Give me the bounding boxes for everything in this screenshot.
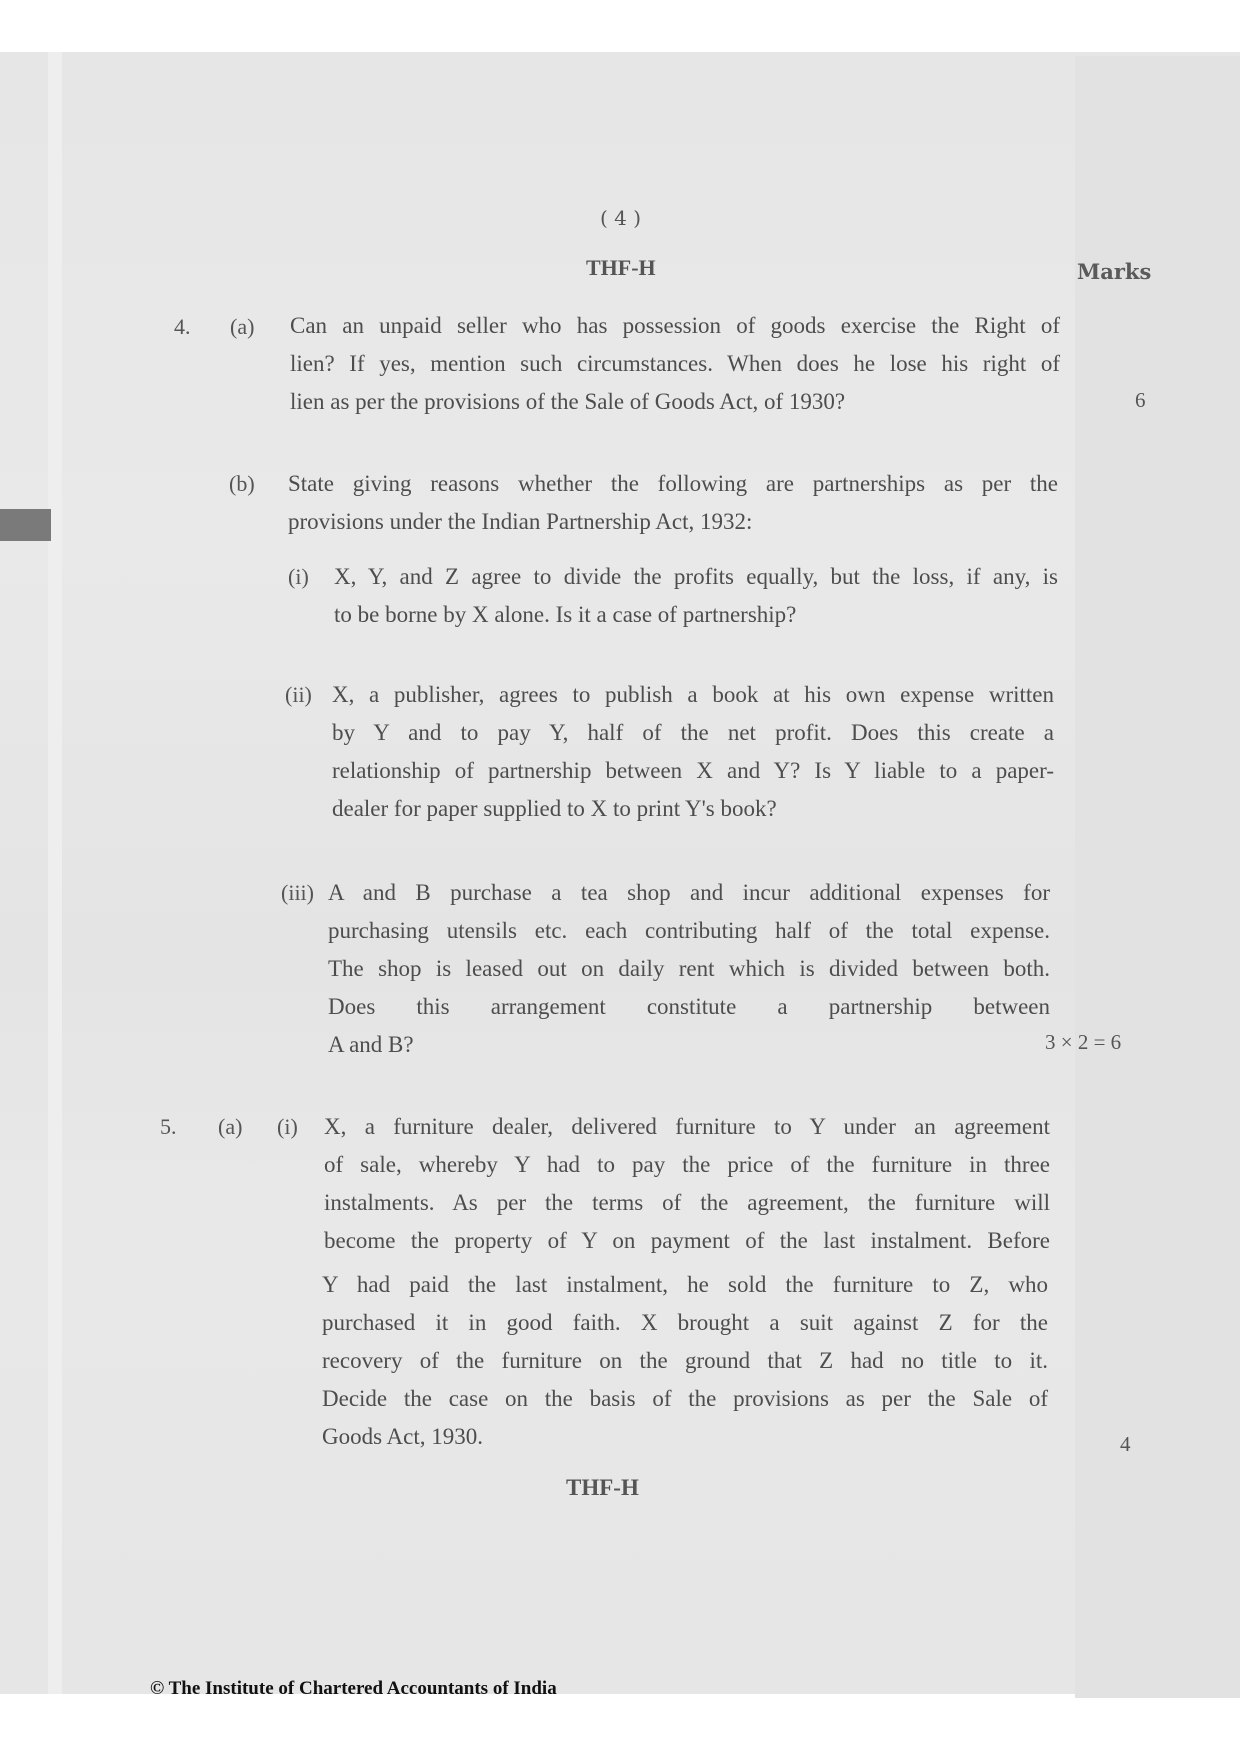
paper-code-header: THF-H (586, 255, 656, 281)
question-5a-i-line: of sale, whereby Y had to pay the price … (324, 1152, 1050, 1178)
question-4b-line: provisions under the Indian Partnership … (288, 509, 752, 535)
question-5a-i-line: Decide the case on the basis of the prov… (322, 1386, 1048, 1412)
question-4b-iii-line: Does this arrangement constitute a partn… (328, 994, 1050, 1020)
question-4b-iii-line: The shop is leased out on daily rent whi… (328, 956, 1050, 982)
question-5a-i-line: become the property of Y on payment of t… (324, 1228, 1050, 1254)
question-5a-i-label: (i) (277, 1114, 298, 1140)
question-4a-line: lien as per the provisions of the Sale o… (290, 389, 845, 415)
scanned-page (0, 52, 1240, 1694)
question-4b-label: (b) (229, 471, 255, 497)
question-4b-iii-line: A and B purchase a tea shop and incur ad… (328, 880, 1050, 906)
question-4b-iii-line: A and B? (328, 1032, 414, 1058)
page-number: ( 4 ) (600, 206, 641, 230)
copyright-notice: © The Institute of Chartered Accountants… (150, 1678, 557, 1700)
question-5a-label: (a) (218, 1114, 242, 1140)
question-4b-i-line: to be borne by X alone. Is it a case of … (334, 602, 796, 628)
question-4b-ii-line: by Y and to pay Y, half of the net profi… (332, 720, 1054, 746)
paper-code-footer: THF-H (566, 1475, 639, 1501)
question-4b-iii-line: purchasing utensils etc. each contributi… (328, 918, 1050, 944)
question-4b-i-label: (i) (288, 564, 309, 590)
question-4-number: 4. (174, 314, 191, 340)
question-5a-i-line: X, a furniture dealer, delivered furnitu… (324, 1114, 1050, 1140)
question-5a-i-line: instalments. As per the terms of the agr… (324, 1190, 1050, 1216)
question-4b-line: State giving reasons whether the followi… (288, 471, 1058, 497)
margin-scan-mark (0, 509, 51, 541)
scan-edge-right (1075, 56, 1240, 1698)
question-4b-ii-label: (ii) (285, 682, 312, 708)
question-5a-i-line: purchased it in good faith. X brought a … (322, 1310, 1048, 1336)
question-5a-marks: 4 (1120, 1432, 1131, 1457)
marks-column-heading: Marks (1077, 259, 1151, 284)
question-4a-line: lien? If yes, mention such circumstances… (290, 351, 1060, 377)
scan-edge-left (48, 52, 62, 1694)
question-4b-ii-line: relationship of partnership between X an… (332, 758, 1054, 784)
question-4b-iii-label: (iii) (281, 880, 314, 906)
question-5a-i-line: Goods Act, 1930. (322, 1424, 483, 1450)
question-4b-i-line: X, Y, and Z agree to divide the profits … (334, 564, 1058, 590)
question-4a-marks: 6 (1135, 388, 1146, 413)
question-4b-ii-line: X, a publisher, agrees to publish a book… (332, 682, 1054, 708)
question-4b-ii-line: dealer for paper supplied to X to print … (332, 796, 777, 822)
question-4b-marks: 3 × 2 = 6 (1045, 1030, 1121, 1055)
question-5a-i-line: Y had paid the last instalment, he sold … (322, 1272, 1048, 1298)
question-4a-line: Can an unpaid seller who has possession … (290, 313, 1060, 339)
question-4a-label: (a) (230, 314, 254, 340)
question-5-number: 5. (160, 1114, 177, 1140)
question-5a-i-line: recovery of the furniture on the ground … (322, 1348, 1048, 1374)
